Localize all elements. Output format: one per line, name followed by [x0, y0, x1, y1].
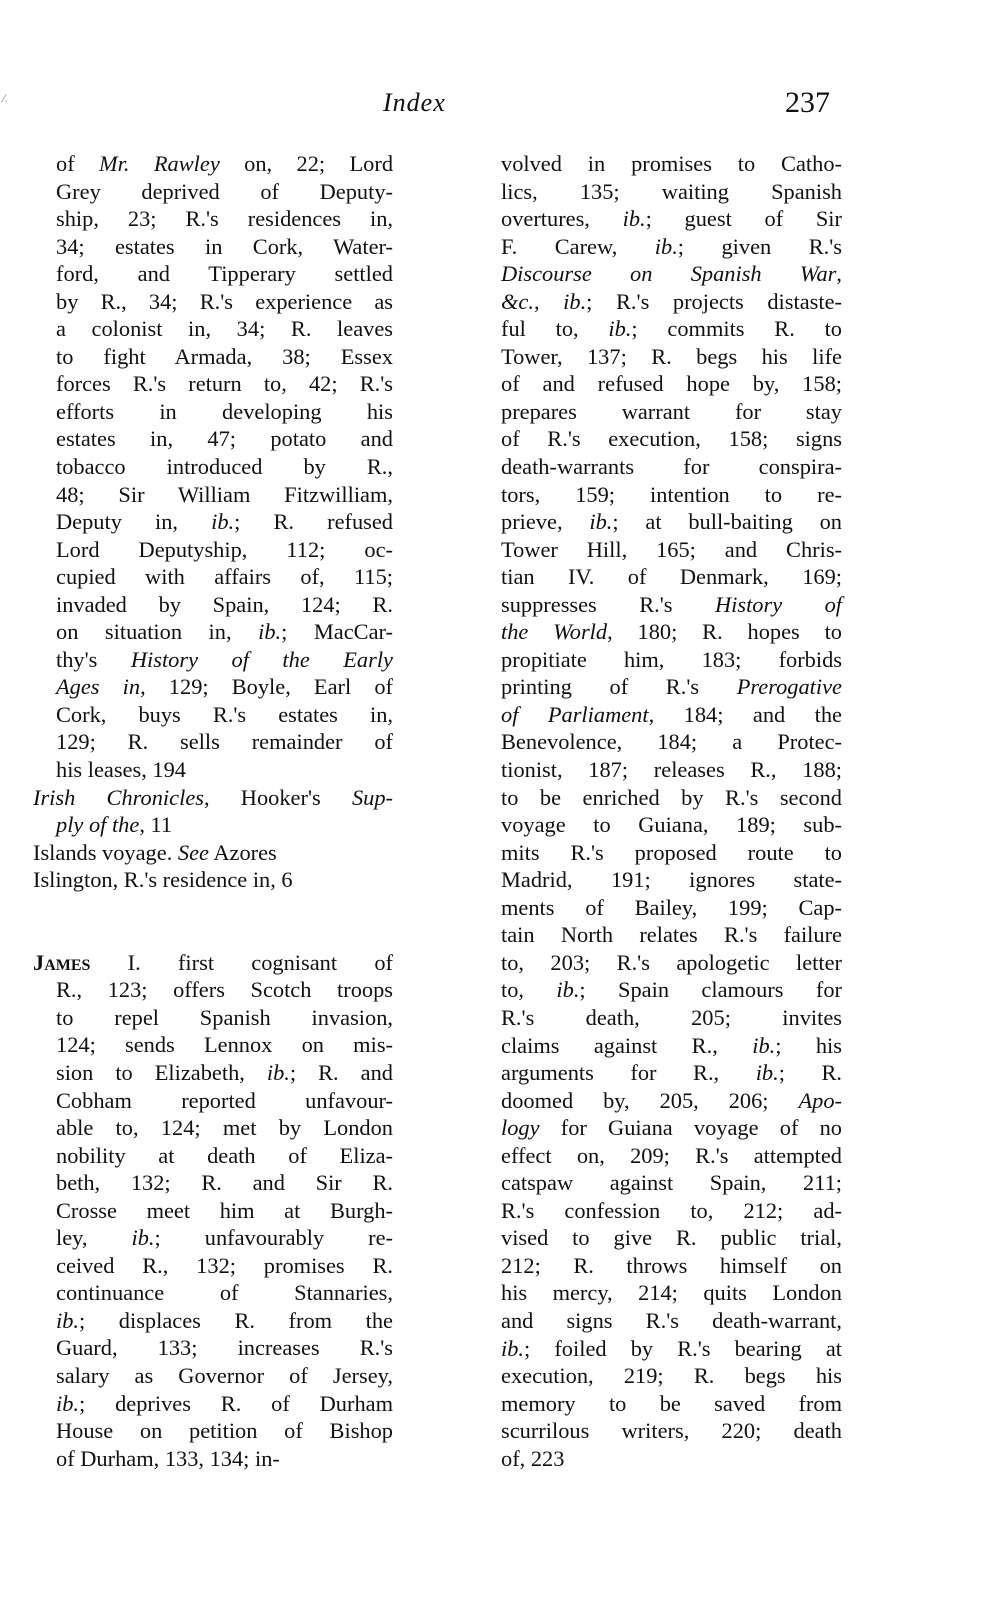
text-line: forces R.'s return to, 42; R.'s [33, 370, 393, 398]
text-line: sion to Elizabeth, ib.; R. and [33, 1059, 393, 1087]
text-line: salary as Governor of Jersey, [33, 1362, 393, 1390]
text-line: Islands voyage. See Azores [33, 839, 393, 867]
text-line: effect on, 209; R.'s attempted [501, 1142, 842, 1170]
text-line: beth, 132; R. and Sir R. [33, 1169, 393, 1197]
text-line: vised to give R. public trial, [501, 1224, 842, 1252]
entry-james-i: James I. first cognisant ofR., 123; offe… [33, 949, 393, 1472]
text-line: logy for Guiana voyage of no [501, 1114, 842, 1142]
text-line: Deputy in, ib.; R. refused [33, 508, 393, 536]
section-gap [33, 894, 393, 949]
text-line: Ages in, 129; Boyle, Earl of [33, 673, 393, 701]
text-line: cupied with affairs of, 115; [33, 563, 393, 591]
text-line: Islington, R.'s residence in, 6 [33, 866, 393, 894]
text-line: Irish Chronicles, Hooker's Sup- [33, 784, 393, 812]
text-line: suppresses R.'s History of [501, 591, 842, 619]
text-line: of R.'s execution, 158; signs [501, 425, 842, 453]
text-line: his mercy, 214; quits London [501, 1279, 842, 1307]
text-line: voyage to Guiana, 189; sub- [501, 811, 842, 839]
text-line: estates in, 47; potato and [33, 425, 393, 453]
text-line: tian IV. of Denmark, 169; [501, 563, 842, 591]
text-line: prepares warrant for stay [501, 398, 842, 426]
text-line: James I. first cognisant of [33, 949, 393, 977]
text-line: of, 223 [501, 1445, 842, 1473]
text-line: lics, 135; waiting Spanish [501, 178, 842, 206]
right-column: volved in promises to Catho-lics, 135; w… [501, 150, 842, 1472]
text-line: on situation in, ib.; MacCar- [33, 618, 393, 646]
text-line: ib.; displaces R. from the [33, 1307, 393, 1335]
text-line: death-warrants for conspira- [501, 453, 842, 481]
text-line: ford, and Tipperary settled [33, 260, 393, 288]
text-line: R., 123; offers Scotch troops [33, 976, 393, 1004]
text-line: to, 203; R.'s apologetic letter [501, 949, 842, 977]
text-line: Madrid, 191; ignores state- [501, 866, 842, 894]
text-line: the World, 180; R. hopes to [501, 618, 842, 646]
text-line: to repel Spanish invasion, [33, 1004, 393, 1032]
text-line: claims against R., ib.; his [501, 1032, 842, 1060]
text-line: Tower, 137; R. begs his life [501, 343, 842, 371]
text-line: tobacco introduced by R., [33, 453, 393, 481]
entry-irish-chronicles: Irish Chronicles, Hooker's Sup-ply of th… [33, 784, 393, 839]
text-line: ply of the, 11 [33, 811, 393, 839]
text-line: Cobham reported unfavour- [33, 1087, 393, 1115]
page-number: 237 [785, 86, 830, 120]
text-line: Lord Deputyship, 112; oc- [33, 536, 393, 564]
text-line: invaded by Spain, 124; R. [33, 591, 393, 619]
text-line: to, ib.; Spain clamours for [501, 976, 842, 1004]
text-line: ments of Bailey, 199; Cap- [501, 894, 842, 922]
text-line: House on petition of Bishop [33, 1417, 393, 1445]
text-line: tain North relates R.'s failure [501, 921, 842, 949]
entry-islington: Islington, R.'s residence in, 6 [33, 866, 393, 894]
text-line: 34; estates in Cork, Water- [33, 233, 393, 261]
text-line: execution, 219; R. begs his [501, 1362, 842, 1390]
text-line: to fight Armada, 38; Essex [33, 343, 393, 371]
text-line: prieve, ib.; at bull-baiting on [501, 508, 842, 536]
text-line: Benevolence, 184; a Protec- [501, 728, 842, 756]
continued-entry-ireland: of Mr. Rawley on, 22; LordGrey deprived … [33, 150, 393, 784]
text-line: tors, 159; intention to re- [501, 481, 842, 509]
text-line: and signs R.'s death-warrant, [501, 1307, 842, 1335]
text-line: 124; sends Lennox on mis- [33, 1031, 393, 1059]
left-column: of Mr. Rawley on, 22; LordGrey deprived … [33, 150, 393, 1472]
text-line: propitiate him, 183; forbids [501, 646, 842, 674]
text-line: catspaw against Spain, 211; [501, 1169, 842, 1197]
text-line: &c., ib.; R.'s projects distaste- [501, 288, 842, 316]
text-line: 212; R. throws himself on [501, 1252, 842, 1280]
text-line: 48; Sir William Fitzwilliam, [33, 481, 393, 509]
entry-heading: James [33, 950, 90, 975]
text-line: F. Carew, ib.; given R.'s [501, 233, 842, 261]
text-line: of Mr. Rawley on, 22; Lord [33, 150, 393, 178]
text-line: nobility at death of Eliza- [33, 1142, 393, 1170]
text-line: ley, ib.; unfavourably re- [33, 1224, 393, 1252]
entry-islands-voyage: Islands voyage. See Azores [33, 839, 393, 867]
text-line: to be enriched by R.'s second [501, 784, 842, 812]
text-line: Grey deprived of Deputy- [33, 178, 393, 206]
text-line: overtures, ib.; guest of Sir [501, 205, 842, 233]
margin-mark: ⁄. [3, 94, 8, 105]
text-line: of and refused hope by, 158; [501, 370, 842, 398]
text-line: R.'s confession to, 212; ad- [501, 1197, 842, 1225]
text-line: efforts in developing his [33, 398, 393, 426]
text-line: printing of R.'s Prerogative [501, 673, 842, 701]
text-line: continuance of Stannaries, [33, 1279, 393, 1307]
text-line: Tower Hill, 165; and Chris- [501, 536, 842, 564]
text-line: volved in promises to Catho- [501, 150, 842, 178]
text-line: ship, 23; R.'s residences in, [33, 205, 393, 233]
text-line: Cork, buys R.'s estates in, [33, 701, 393, 729]
text-line: scurrilous writers, 220; death [501, 1417, 842, 1445]
text-line: arguments for R., ib.; R. [501, 1059, 842, 1087]
text-line: of Durham, 133, 134; in- [33, 1445, 393, 1473]
text-line: of Parliament, 184; and the [501, 701, 842, 729]
text-line: his leases, 194 [33, 756, 393, 784]
text-line: Crosse meet him at Burgh- [33, 1197, 393, 1225]
text-line: R.'s death, 205; invites [501, 1004, 842, 1032]
text-line: by R., 34; R.'s experience as [33, 288, 393, 316]
text-line: mits R.'s proposed route to [501, 839, 842, 867]
text-line: tionist, 187; releases R., 188; [501, 756, 842, 784]
text-line: ful to, ib.; commits R. to [501, 315, 842, 343]
text-line: memory to be saved from [501, 1390, 842, 1418]
text-line: doomed by, 205, 206; Apo- [501, 1087, 842, 1115]
text-line: thy's History of the Early [33, 646, 393, 674]
running-head-title: Index [383, 88, 446, 118]
text-line: 129; R. sells remainder of [33, 728, 393, 756]
text-line: able to, 124; met by London [33, 1114, 393, 1142]
text-line: ceived R., 132; promises R. [33, 1252, 393, 1280]
text-line: a colonist in, 34; R. leaves [33, 315, 393, 343]
text-line: Guard, 133; increases R.'s [33, 1334, 393, 1362]
text-line: Discourse on Spanish War, [501, 260, 842, 288]
text-line: ib.; deprives R. of Durham [33, 1390, 393, 1418]
text-line: ib.; foiled by R.'s bearing at [501, 1335, 842, 1363]
